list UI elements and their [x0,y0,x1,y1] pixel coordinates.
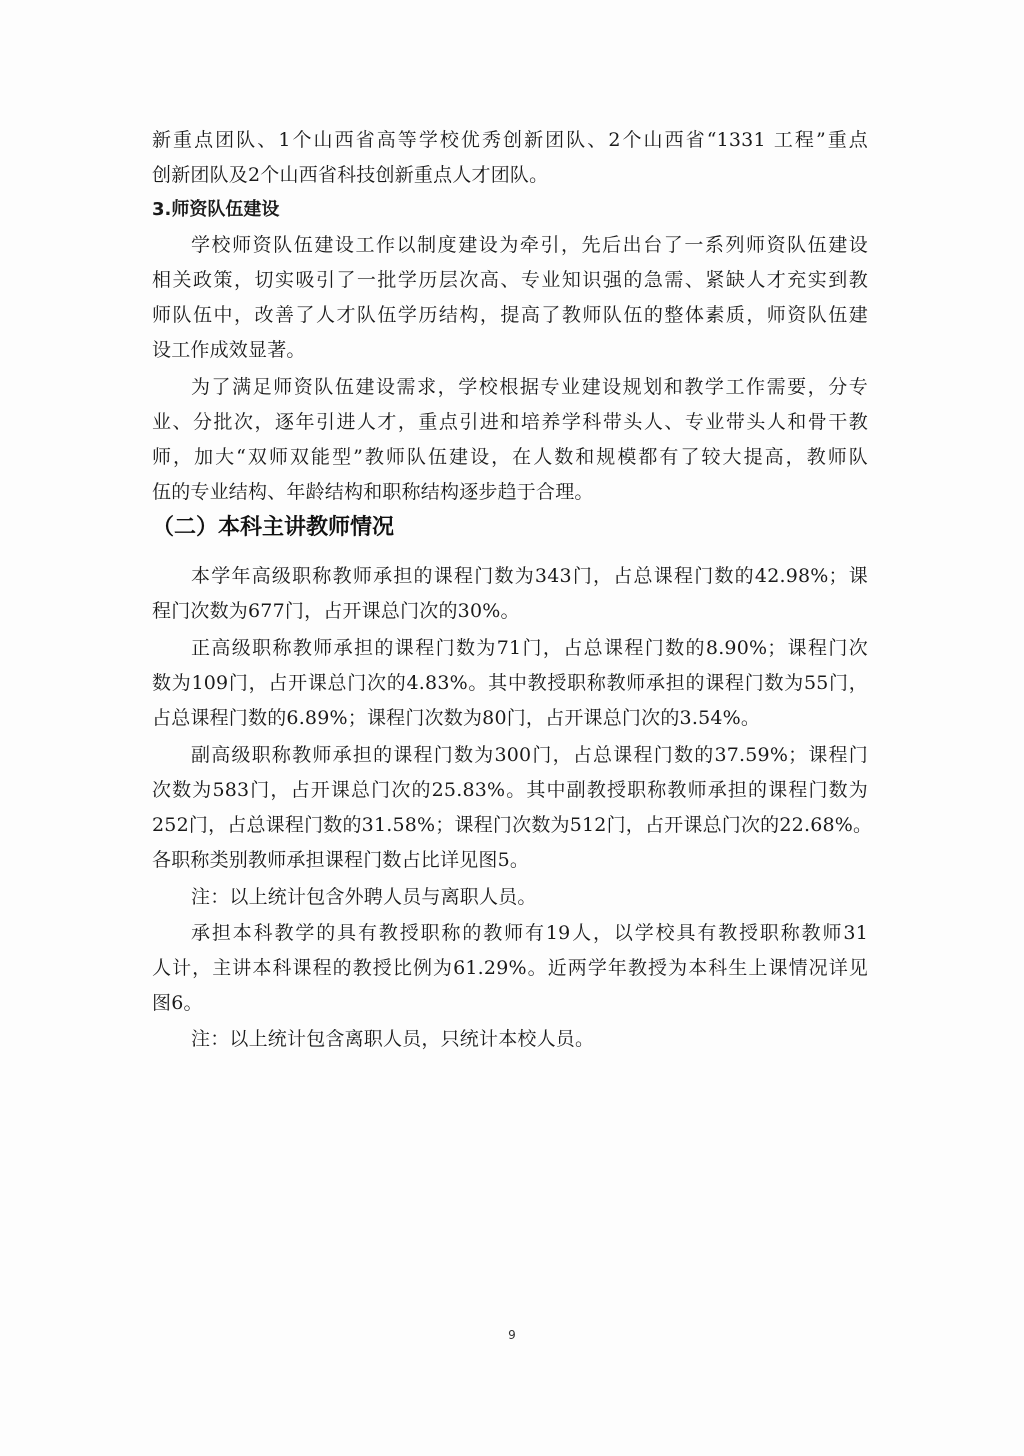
paragraph-text-line: 伍的专业结构、年龄结构和职称结构逐步趋于合理。 [152,477,868,507]
paragraph-text-line: 相关政策，切实吸引了一批学历层次高、专业知识强的急需、紧缺人才充实到教 [152,265,868,295]
paragraph-text-line: 占总课程门数的6.89%；课程门次数为80门，占开课总门次的3.54%。 [152,703,868,733]
paragraph-text-line: 次数为583门，占开课总门次的25.83%。其中副教授职称教师承担的课程门数为 [152,775,868,805]
paragraph-text-line: 252门，占总课程门数的31.58%；课程门次数为512门，占开课总门次的22.… [152,810,868,840]
subsection-heading-faculty-building: 3.师资队伍建设 [152,195,279,225]
paragraph-text-line: 为了满足师资队伍建设需求，学校根据专业建设规划和教学工作需要，分专 [191,372,868,402]
intro-line-2: 创新团队及2个山西省科技创新重点人才团队。 [152,160,868,190]
paragraph-text-line: 学校师资队伍建设工作以制度建设为牵引，先后出台了一系列师资队伍建设 [191,230,868,260]
paragraph-text-line: 业、分批次，逐年引进人才，重点引进和培养学科带头人、专业带头人和骨干教 [152,407,868,437]
note-departed-staff-only-school: 注：以上统计包含离职人员，只统计本校人员。 [191,1024,868,1054]
section-title-undergrad-lecturers: （二）本科主讲教师情况 [152,511,394,545]
page-number: 9 [0,1328,1024,1342]
note-external-and-departed-staff: 注：以上统计包含外聘人员与离职人员。 [191,882,868,912]
paragraph-text-line: 承担本科教学的具有教授职称的教师有19人，以学校具有教授职称教师31 [191,918,868,948]
paragraph-text-line: 正高级职称教师承担的课程门数为71门，占总课程门数的8.90%；课程门次 [191,633,868,663]
paragraph-text-line: 程门次数为677门，占开课总门次的30%。 [152,596,868,626]
paragraph-text-line: 人计，主讲本科课程的教授比例为61.29%。近两学年教授为本科生上课情况详见 [152,953,868,983]
paragraph-text-line: 师，加大“双师双能型”教师队伍建设，在人数和规模都有了较大提高，教师队 [152,442,868,472]
paragraph-text-line: 师队伍中，改善了人才队伍学历结构，提高了教师队伍的整体素质，师资队伍建 [152,300,868,330]
paragraph-text-line: 副高级职称教师承担的课程门数为300门，占总课程门数的37.59%；课程门 [191,740,868,770]
paragraph-text-line: 本学年高级职称教师承担的课程门数为343门，占总课程门数的42.98%；课 [191,561,868,591]
paragraph-text-line: 数为109门，占开课总门次的4.83%。其中教授职称教师承担的课程门数为55门， [152,668,868,698]
paragraph-text-line: 各职称类别教师承担课程门数占比详见图5。 [152,845,868,875]
document-page: 新重点团队、1个山西省高等学校优秀创新团队、2个山西省“1331 工程”重点 创… [0,0,1024,1456]
paragraph-text-line: 设工作成效显著。 [152,335,868,365]
intro-line-1: 新重点团队、1个山西省高等学校优秀创新团队、2个山西省“1331 工程”重点 [152,125,868,155]
paragraph-text-line: 图6。 [152,988,868,1018]
